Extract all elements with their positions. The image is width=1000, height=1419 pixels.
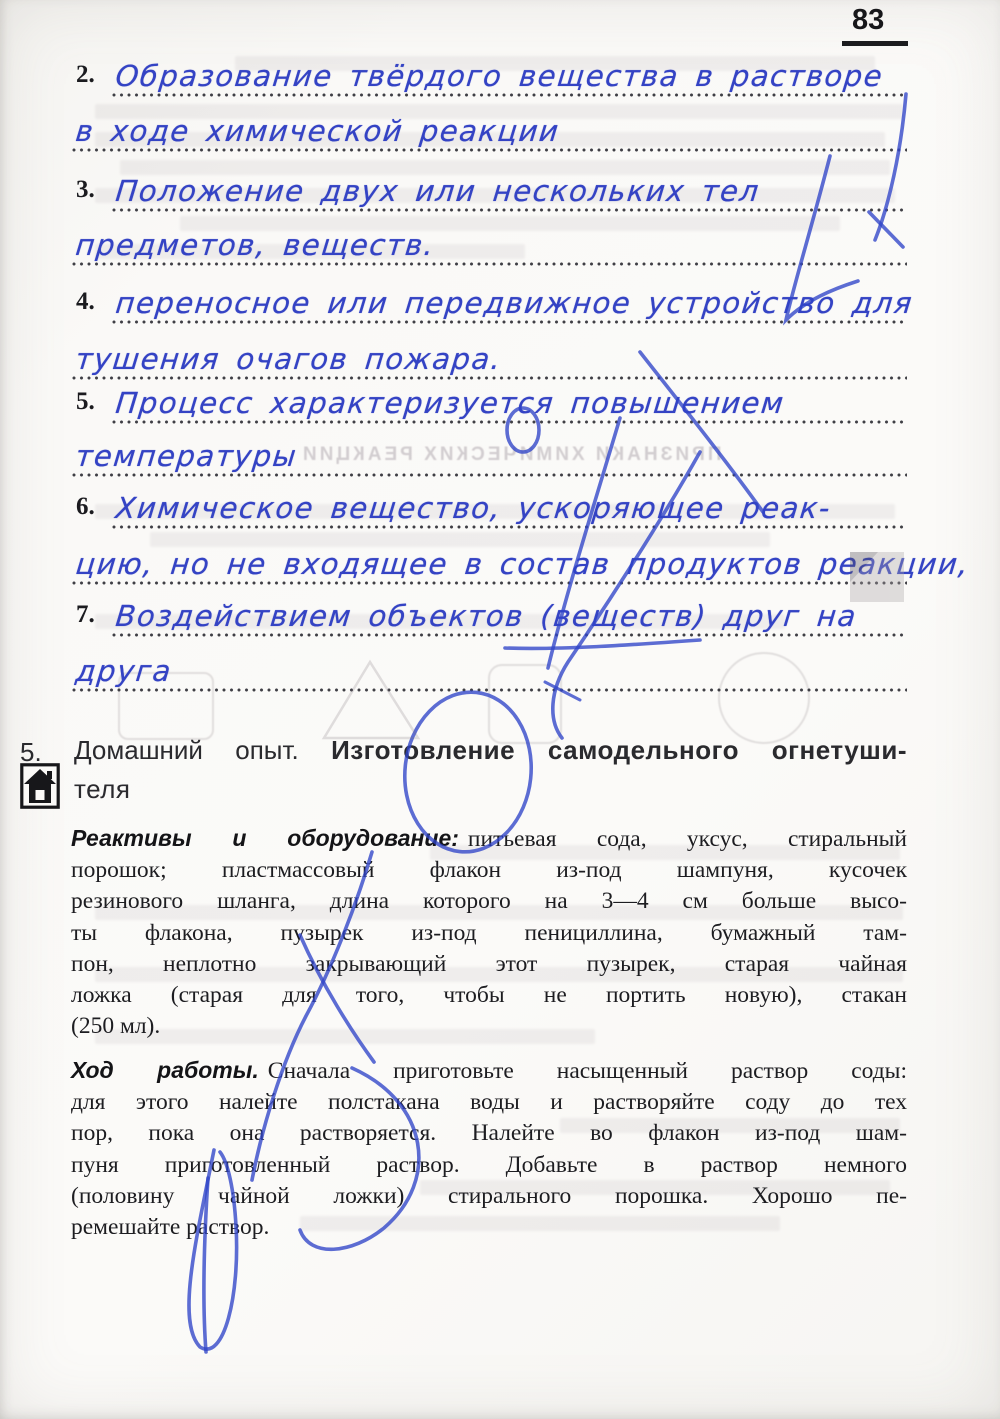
paragraph-lead: Ход работы. <box>71 1057 259 1083</box>
handwritten-answer: переносное или передвижное устройство дл… <box>114 286 915 320</box>
home-experiment-icon <box>20 763 60 809</box>
item-number-5: 5. <box>76 388 95 416</box>
paragraph-procedure: Ход работы.Сначала приготовьте насыщенны… <box>71 1056 907 1243</box>
handwritten-answer: в ходе химической реакции <box>74 114 561 148</box>
dotted-answer-line: Процесс характеризуется повышением <box>112 368 907 424</box>
paragraph-line: (половину чайной ложки) стирального поро… <box>71 1181 907 1212</box>
item-number-2: 2. <box>76 61 95 89</box>
section-title-continued: теля <box>74 774 130 805</box>
handwritten-answer: Процесс характеризуется повышением <box>114 386 786 420</box>
dotted-answer-line: Положение двух или нескольких тел <box>112 156 907 212</box>
dotted-answer-line: предметов, веществ. <box>72 210 907 266</box>
dotted-answer-line: цию, но не входящее в состав продуктов р… <box>72 529 907 585</box>
paragraph-line: ложка (старая для того, чтобы не портить… <box>71 980 907 1011</box>
paragraph-line: Реактивы и оборудование:питьевая сода, у… <box>71 824 907 855</box>
item-number-3: 3. <box>76 176 95 204</box>
paragraph-line: пор, пока она растворяется. Налейте во ф… <box>71 1118 907 1149</box>
handwritten-answer: цию, но не входящее в состав продуктов р… <box>74 547 971 581</box>
paragraph-line: пуня приготовленный раствор. Добавьте в … <box>71 1150 907 1181</box>
dotted-answer-line: Воздействием объектов (веществ) друг на <box>112 581 907 637</box>
page-number: 83 <box>852 4 884 37</box>
dotted-answer-line: переносное или передвижное устройство дл… <box>112 268 907 324</box>
paragraph-line: ты флакона, пузырек из-под пенициллина, … <box>71 918 907 949</box>
paragraph-line: для этого налейте полстакана воды и раст… <box>71 1087 907 1118</box>
scanned-workbook-page: ПРИЗНАКИ ХИМИЧЕСКИХ РЕАКЦИИ 83 2. Образо… <box>0 0 1000 1419</box>
dotted-answer-line: друга <box>72 636 907 692</box>
handwritten-answer: Положение двух или нескольких тел <box>114 174 762 208</box>
item-number-6: 6. <box>76 493 95 521</box>
section-title: Изготовление самодельного огнетуши- <box>331 735 907 765</box>
handwritten-answer: Химическое вещество, ускоряющее реак- <box>114 491 833 525</box>
paragraph-text: Сначала приготовьте насыщенный раствор с… <box>268 1058 907 1084</box>
dotted-answer-line: температуры <box>72 421 907 477</box>
paragraph-text: питьевая сода, уксус, стиральный <box>468 826 907 852</box>
handwritten-answer: друга <box>74 654 174 688</box>
section-label: Домашний опыт. <box>74 735 299 765</box>
paragraph-line: (250 мл). <box>71 1011 907 1042</box>
paragraph-line: резинового шланга, длина которого на 3—4… <box>71 886 907 917</box>
paragraph-line: ремешайте раствор. <box>71 1212 907 1243</box>
handwritten-answer: Образование твёрдого вещества в растворе <box>114 59 885 93</box>
dotted-answer-line: Химическое вещество, ускоряющее реак- <box>112 473 907 529</box>
section-heading: Домашний опыт. Изготовление самодельного… <box>74 735 907 766</box>
paragraph-line: пон, неплотно закрывающий этот пузырек, … <box>71 949 907 980</box>
item-number-4: 4. <box>76 288 95 316</box>
handwritten-answer: температуры <box>74 439 299 473</box>
paragraph-lead: Реактивы и оборудование: <box>71 825 459 851</box>
handwritten-answer: предметов, веществ. <box>74 228 436 262</box>
paragraph-reagents: Реактивы и оборудование:питьевая сода, у… <box>71 824 907 1042</box>
handwritten-answer: Воздействием объектов (веществ) друг на <box>114 599 859 633</box>
paragraph-line: порошок; пластмассовый флакон из-под шам… <box>71 855 907 886</box>
paragraph-line: Ход работы.Сначала приготовьте насыщенны… <box>71 1056 907 1087</box>
item-number-7: 7. <box>76 601 95 629</box>
dotted-answer-line: в ходе химической реакции <box>72 96 907 152</box>
dotted-answer-line: Образование твёрдого вещества в растворе <box>112 41 907 97</box>
